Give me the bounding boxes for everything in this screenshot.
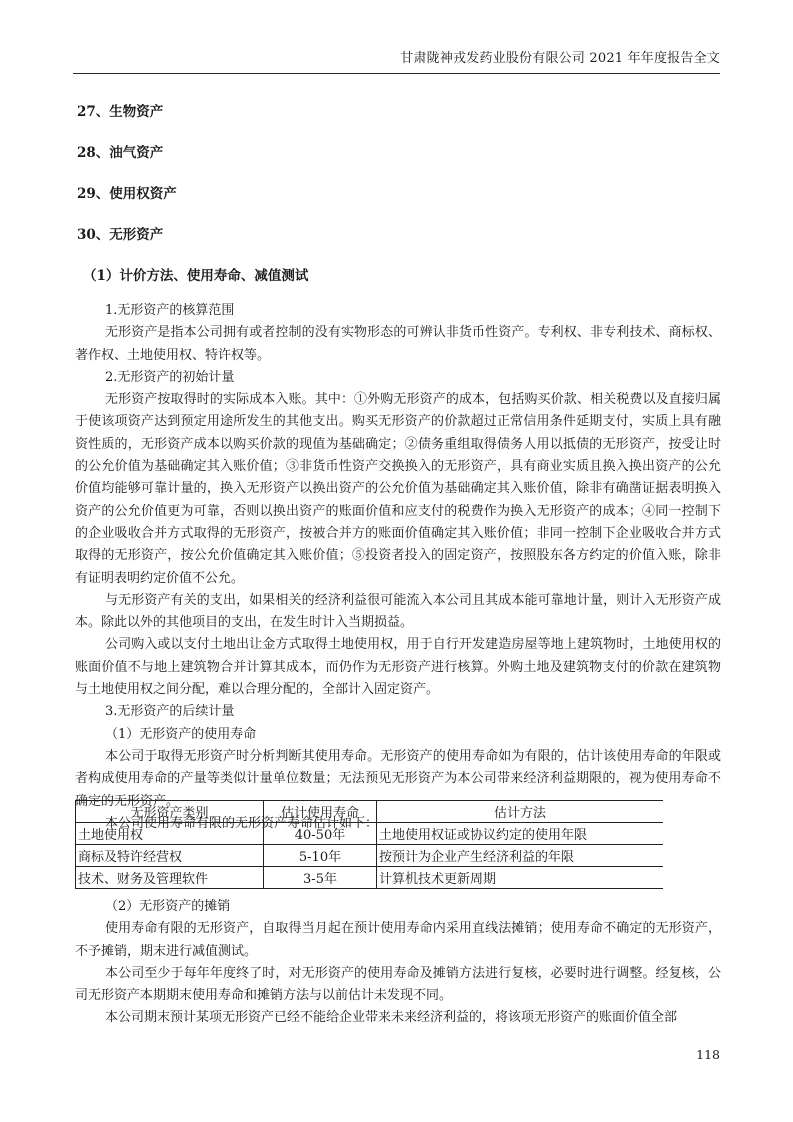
paragraph-scope: 无形资产是指本公司拥有或者控制的没有实物形态的可辨认非货币性资产。专利权、非专利…: [75, 322, 721, 367]
column-header-useful-life: 估计使用寿命: [264, 801, 377, 823]
section-heading-28: 28、油气资产: [77, 141, 163, 161]
table-row: 技术、财务及管理软件 3-5年 计算机技术更新周期: [76, 867, 664, 889]
paragraph-review: 本公司至少于每年年度终了时，对无形资产的使用寿命及摊销方法进行复核，必要时进行调…: [75, 963, 721, 1008]
paragraph-write-off: 本公司期末预计某项无形资产已经不能给企业带来未来经济利益的，将该项无形资产的账面…: [75, 1007, 721, 1029]
cell-method: 计算机技术更新周期: [377, 867, 664, 889]
cell-useful-life: 5-10年: [264, 845, 377, 867]
cell-useful-life: 3-5年: [264, 867, 377, 889]
section-heading-29: 29、使用权资产: [77, 182, 177, 202]
column-header-category: 无形资产类别: [76, 801, 264, 823]
paragraph-initial-measurement: 无形资产按取得时的实际成本入账。其中：①外购无形资产的成本，包括购买价款、相关税…: [75, 389, 721, 590]
page-number: 118: [696, 1047, 720, 1062]
paragraph-subtitle-amortization: （2）无形资产的摊销: [75, 896, 721, 918]
cell-method: 土地使用权证或协议约定的使用年限: [377, 823, 664, 845]
body-text-block-1: 1.无形资产的核算范围 无形资产是指本公司拥有或者控制的没有实物形态的可辨认非货…: [75, 300, 721, 835]
cell-category: 商标及特许经营权: [76, 845, 264, 867]
cell-category: 土地使用权: [76, 823, 264, 845]
paragraph-amortization: 使用寿命有限的无形资产，自取得当月起在预计使用寿命内采用直线法摊销；使用寿命不确…: [75, 918, 721, 963]
header-divider: [73, 73, 720, 74]
paragraph-title-initial-measurement: 2.无形资产的初始计量: [75, 367, 721, 389]
paragraph-title-scope: 1.无形资产的核算范围: [75, 300, 721, 322]
paragraph-title-subsequent-measurement: 3.无形资产的后续计量: [75, 701, 721, 723]
table-header-row: 无形资产类别 估计使用寿命 估计方法: [76, 801, 664, 823]
subsection-heading-valuation: （1）计价方法、使用寿命、减值测试: [83, 264, 308, 284]
paragraph-expenditure: 与无形资产有关的支出，如果相关的经济利益很可能流入本公司且其成本能可靠地计量，则…: [75, 590, 721, 635]
paragraph-land-use-right: 公司购入或以支付土地出让金方式取得土地使用权，用于自行开发建造房屋等地上建筑物时…: [75, 634, 721, 701]
cell-category: 技术、财务及管理软件: [76, 867, 264, 889]
column-header-method: 估计方法: [377, 801, 664, 823]
cell-useful-life: 40-50年: [264, 823, 377, 845]
table-row: 商标及特许经营权 5-10年 按预计为企业产生经济利益的年限: [76, 845, 664, 867]
section-heading-30: 30、无形资产: [77, 223, 163, 243]
body-text-block-2: （2）无形资产的摊销 使用寿命有限的无形资产，自取得当月起在预计使用寿命内采用直…: [75, 896, 721, 1030]
report-header-title: 甘肃陇神戎发药业股份有限公司 2021 年年度报告全文: [400, 47, 720, 66]
table-row: 土地使用权 40-50年 土地使用权证或协议约定的使用年限: [76, 823, 664, 845]
cell-method: 按预计为企业产生经济利益的年限: [377, 845, 664, 867]
paragraph-subtitle-useful-life: （1）无形资产的使用寿命: [75, 724, 721, 746]
useful-life-table: 无形资产类别 估计使用寿命 估计方法 土地使用权 40-50年 土地使用权证或协…: [75, 800, 663, 889]
section-heading-27: 27、生物资产: [77, 100, 163, 120]
